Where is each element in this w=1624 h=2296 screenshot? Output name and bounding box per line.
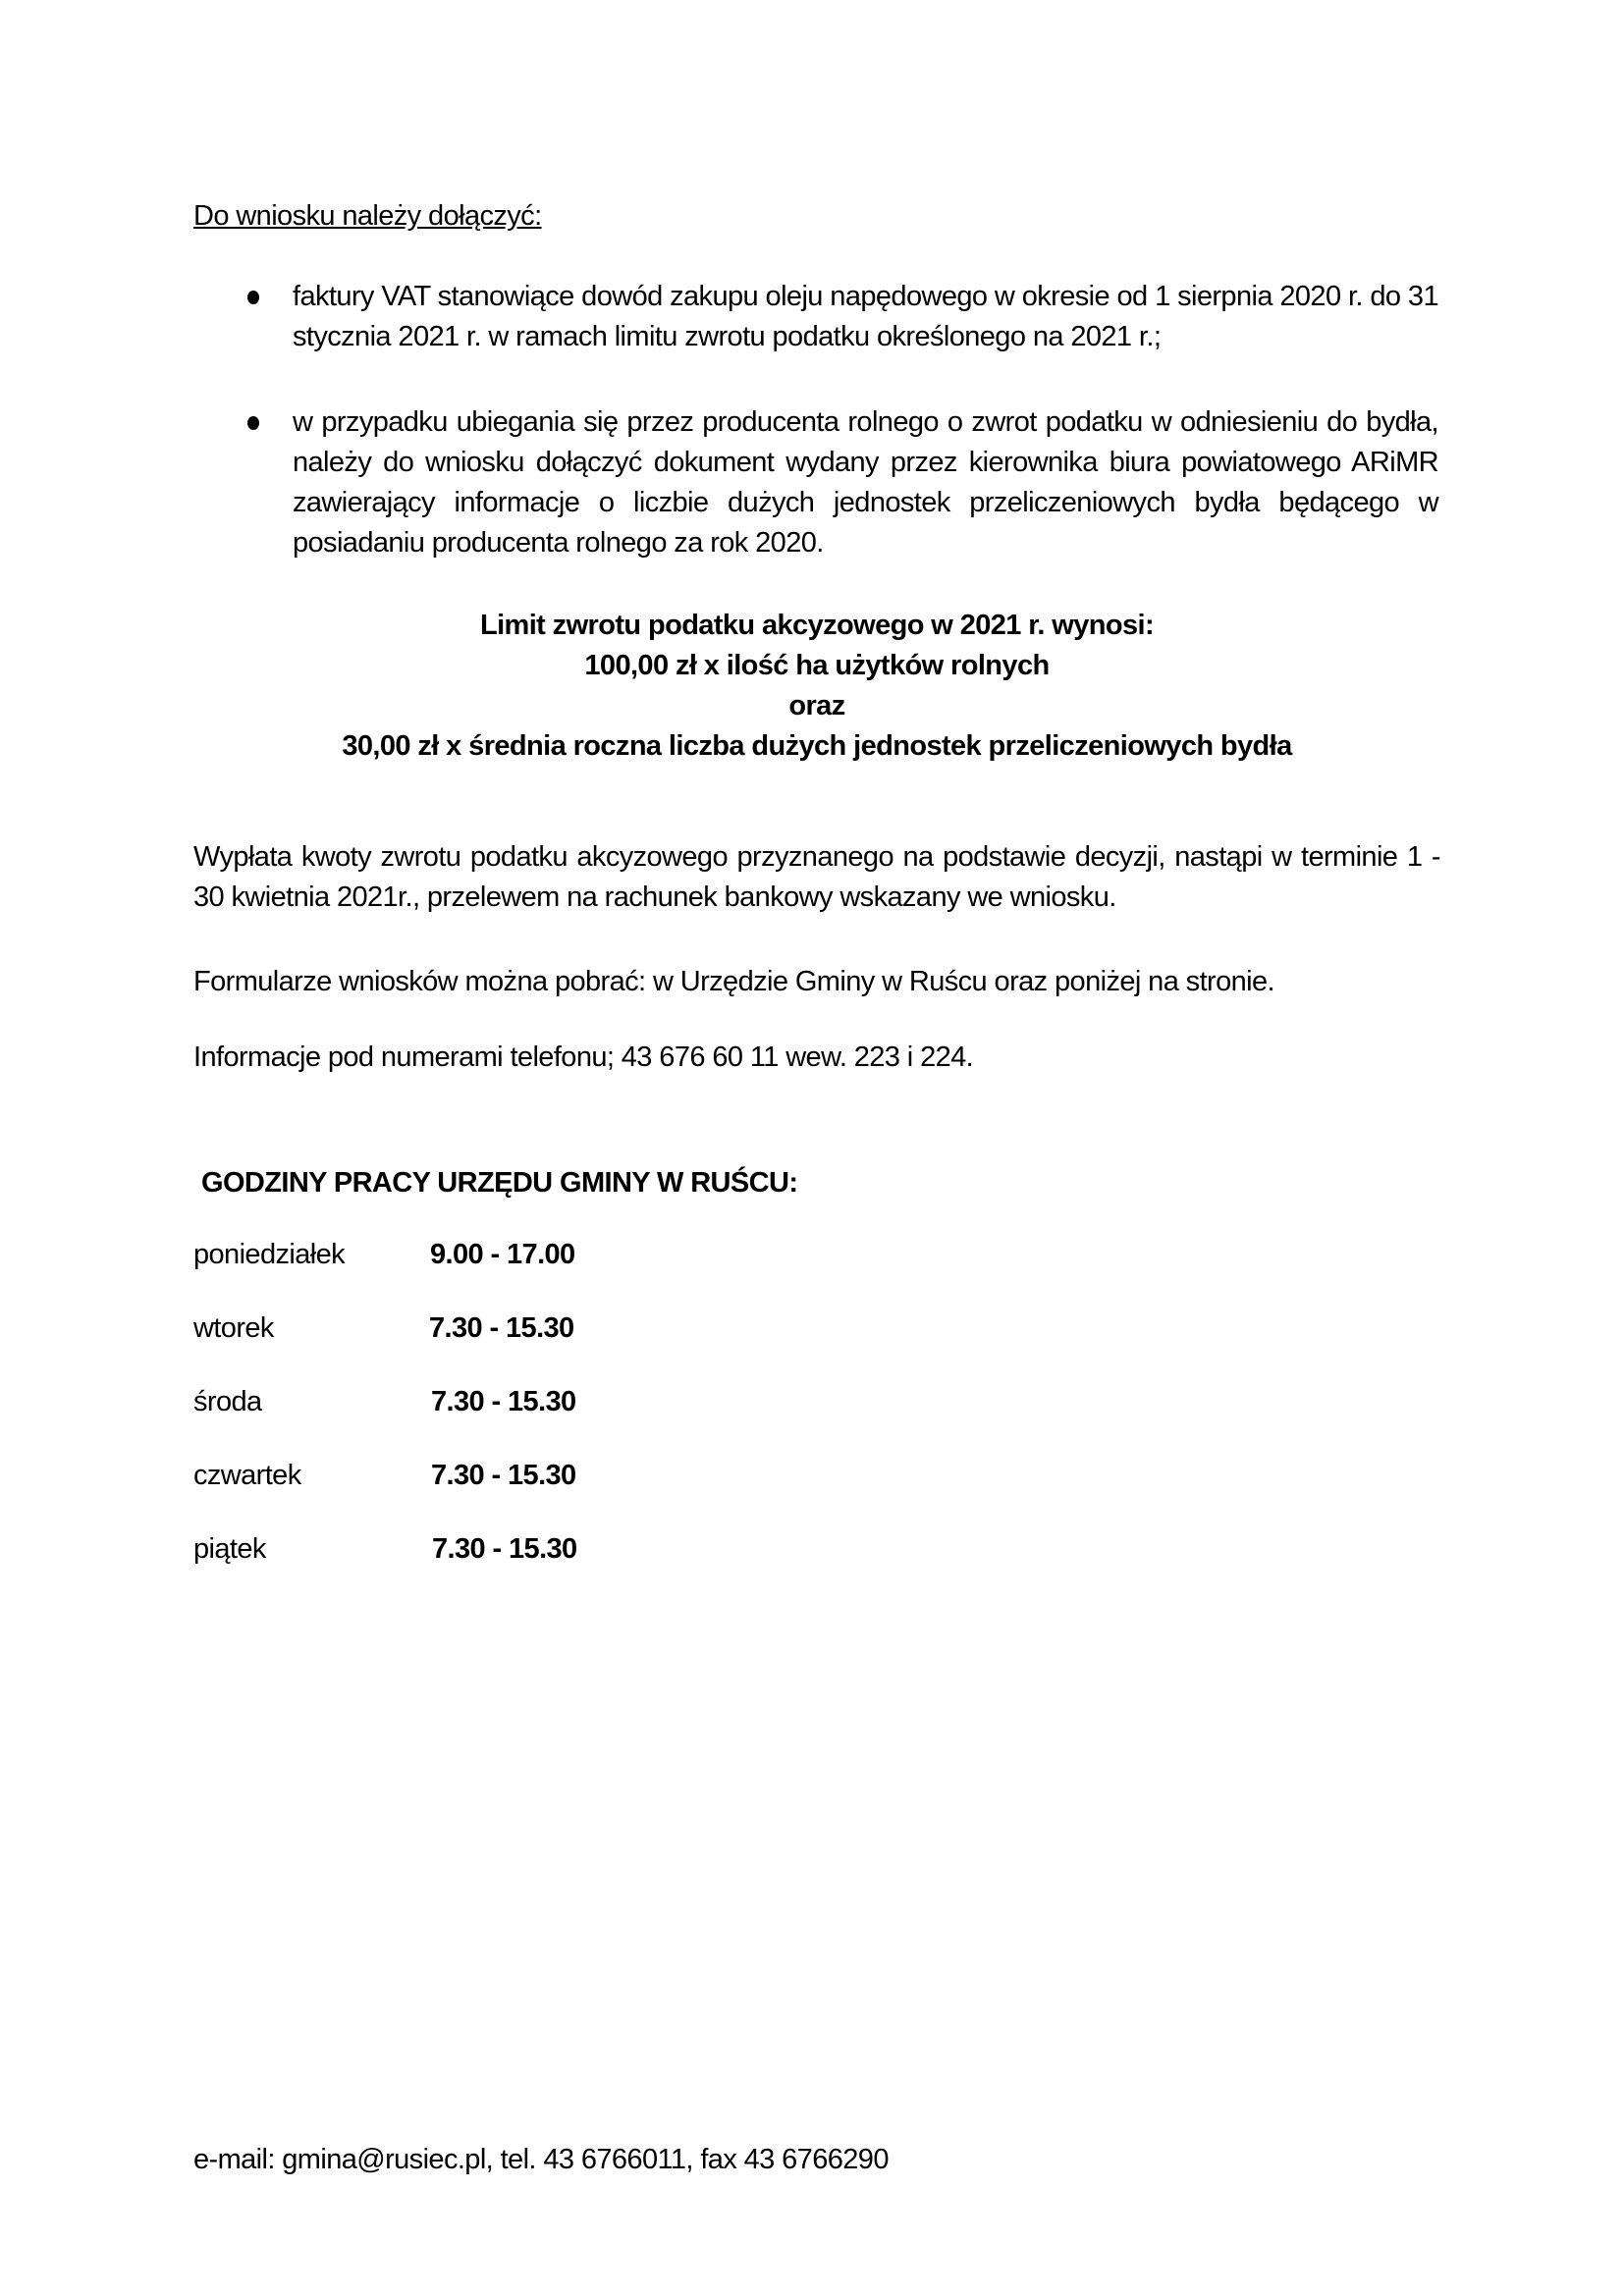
day-hours: 9.00 - 17.00 — [430, 1239, 575, 1271]
bullet-icon — [247, 291, 259, 304]
day-hours: 7.30 - 15.30 — [431, 1386, 576, 1418]
limit-line-cattle: 30,00 zł x średnia roczna liczba dużych … — [193, 726, 1440, 767]
document-page: Do wniosku należy dołączyć: faktury VAT … — [0, 0, 1624, 2296]
office-hours-title: GODZINY PRACY URZĘDU GMINY W RUŚCU: — [201, 1163, 797, 1203]
limit-line-ha: 100,00 zł x ilość ha użytków rolnych — [193, 646, 1440, 686]
day-label: wtorek — [193, 1312, 274, 1345]
info-paragraph: Informacje pod numerami telefonu; 43 676… — [193, 1038, 1440, 1078]
day-label: czwartek — [193, 1460, 301, 1492]
day-hours: 7.30 - 15.30 — [429, 1312, 574, 1345]
attachment-item: faktury VAT stanowiące dowód zakupu olej… — [293, 277, 1438, 357]
attachments-heading: Do wniosku należy dołączyć: — [193, 196, 542, 237]
day-hours: 7.30 - 15.30 — [432, 1533, 577, 1566]
bullet-icon — [247, 416, 259, 430]
day-label: poniedziałek — [193, 1239, 345, 1271]
payout-paragraph: Wypłata kwoty zwrotu podatku akcyzowego … — [193, 837, 1440, 918]
day-hours: 7.30 - 15.30 — [431, 1460, 576, 1492]
forms-paragraph: Formularze wniosków można pobrać: w Urzę… — [193, 962, 1440, 1002]
limit-line-oraz: oraz — [193, 686, 1440, 726]
day-label: piątek — [193, 1533, 266, 1566]
day-label: środa — [193, 1386, 262, 1418]
attachment-item: w przypadku ubiegania się przez producen… — [293, 402, 1438, 563]
limit-title: Limit zwrotu podatku akcyzowego w 2021 r… — [193, 606, 1440, 646]
footer-contact: e-mail: gmina@rusiec.pl, tel. 43 6766011… — [193, 2140, 889, 2180]
